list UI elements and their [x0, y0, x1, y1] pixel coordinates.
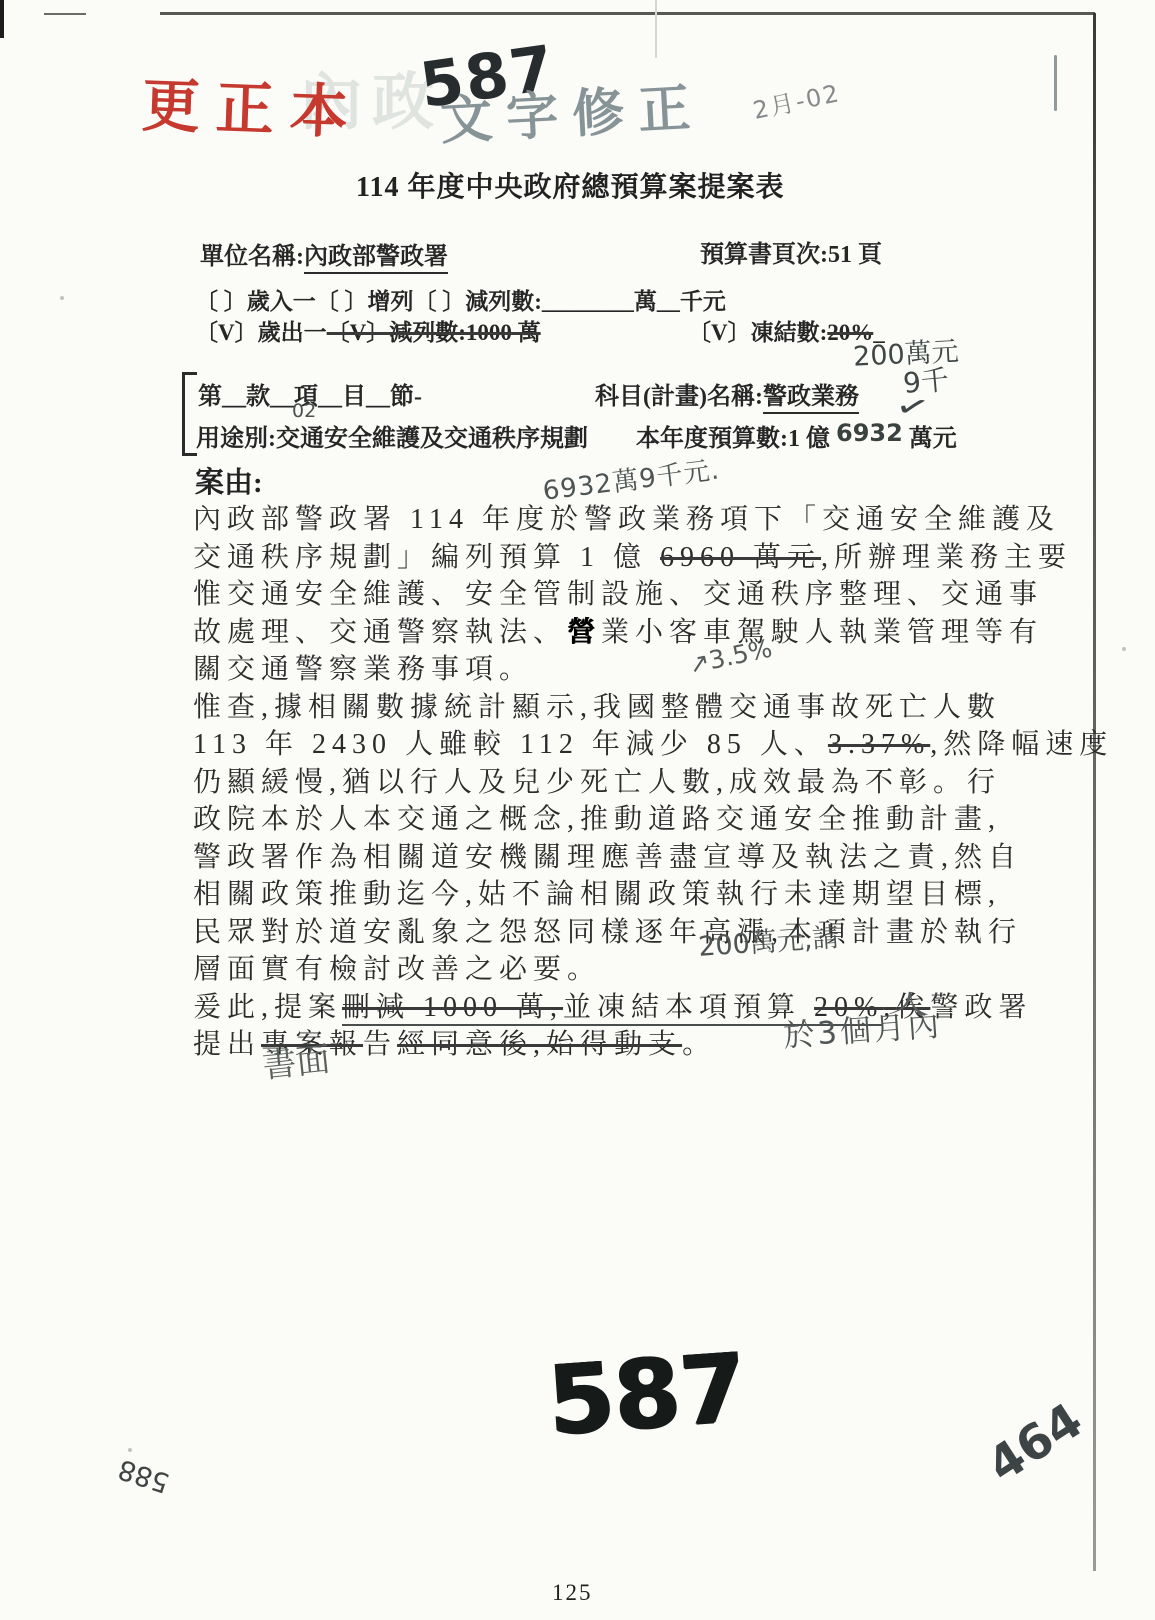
text-segment: 〔V〕歲出一 — [195, 320, 327, 345]
section-bracket — [182, 372, 197, 456]
fold-mark — [655, 0, 657, 58]
scan-edge-top-segment — [44, 13, 86, 15]
text-segment: 〔V〕凍結數: — [688, 320, 827, 345]
handwritten-corner-number: 464 — [978, 1392, 1093, 1494]
text-segment: 113 年 2430 人雖較 112 年減少 85 人、 — [193, 729, 828, 760]
text-segment: 警政署 — [930, 992, 1032, 1023]
case-line: 關交通警察業務事項。 — [193, 647, 983, 685]
text-segment: 相關政策推動迄今,姑不論相關政策執行未達期望目標, — [193, 879, 1001, 910]
usage-type-row: 用途別:交通安全維護及交通秩序規劃 — [196, 418, 588, 453]
handwritten-doc-number-bottom: 587 — [544, 1333, 750, 1457]
document-title: 114 年度中央政府總預算案提案表 — [356, 165, 784, 205]
case-line: 故處理、交通警察執法、營業小客車駕駛人執業管理等有 — [193, 610, 983, 648]
usage-type-value: 交通安全維護及交通秩序規劃 — [276, 426, 588, 452]
subject-name-value: 警政業務 — [763, 384, 859, 414]
scan-speck — [60, 296, 64, 300]
case-line: 仍顯緩慢,猶以行人及兒少死亡人數,成效最為不彰。行 — [193, 760, 983, 798]
expense-row: 〔V〕歲出一〔V〕減列數:1000 萬 — [195, 314, 541, 347]
text-segment: 6960 萬元 — [660, 542, 821, 573]
page-number: 125 — [552, 1580, 593, 1606]
text-segment: 惟查,據相關數據統計顯示,我國整體交通事故死亡人數 — [193, 692, 1001, 723]
text-segment: 3.37% — [828, 729, 930, 760]
text-segment: ,然降幅速度 — [930, 729, 1113, 760]
handwritten-small-number: 588 — [114, 1453, 173, 1498]
scan-edge-top-line — [160, 12, 1095, 15]
text-segment: 刪減 1000 萬, — [342, 992, 563, 1026]
budget-book-page-label: 預算書頁次: — [700, 242, 828, 268]
text-segment: 並凍結本項預算 — [563, 992, 814, 1026]
usage-type-label: 用途別: — [196, 426, 276, 452]
text-segment: 政院本於人本交通之概念,推動道路交通安全推動計畫, — [193, 804, 1001, 835]
text-segment: 告 — [363, 1029, 397, 1060]
subject-name-row: 科目(計畫)名稱:警政業務 — [595, 376, 859, 411]
budget-book-page-row: 預算書頁次:51 頁 — [700, 234, 882, 269]
case-line: 交通秩序規劃」編列預算 1 億 6960 萬元,所辦理業務主要 — [193, 535, 983, 573]
handwritten-date-note: 2月-02 — [749, 73, 843, 126]
scan-speck — [128, 1448, 132, 1452]
case-line: 相關政策推動迄今,姑不論相關政策執行未達期望目標, — [193, 872, 983, 910]
text-segment: 內政部警政署 114 年度於警政業務項下「交通安全維護及 — [193, 504, 1060, 535]
case-line: 惟交通安全維護、安全管制設施、交通秩序整理、交通事 — [193, 572, 983, 610]
text-segment: 民眾對於道安亂象之怨怒同樣逐年高漲,本項計畫於執行 — [193, 917, 1022, 948]
handwritten-written-report: 書面 — [260, 1032, 333, 1088]
case-line: 政院本於人本交通之概念,推動道路交通安全推動計畫, — [193, 797, 983, 835]
budget-book-page-value: 51 頁 — [828, 242, 882, 268]
scanned-document-page: 內政 更正本 587 文字修正 2月-02 114 年度中央政府總預算案提案表 … — [0, 0, 1155, 1620]
handwritten-budget-amount: 6932 — [836, 419, 903, 447]
unit-name-label: 單位名稱: — [200, 244, 304, 270]
tally-mark — [1054, 55, 1057, 111]
text-segment: 經同意後,始得動支 — [397, 1029, 682, 1060]
text-segment: 〔V〕減列數:1000 萬 — [327, 320, 541, 345]
case-line: 惟查,據相關數據統計顯示,我國整體交通事故死亡人數 — [193, 685, 983, 723]
text-segment: 。 — [682, 1029, 716, 1060]
revenue-row: 〔 〕歲入一〔 〕增列〔 〕減列數:________萬__千元 — [195, 283, 726, 316]
annual-budget-unit: 萬元 — [909, 426, 957, 452]
text-segment: ,所辦理業務主要 — [821, 542, 1072, 573]
text-segment: 層面實有檢討改善之必要。 — [193, 954, 601, 985]
text-segment: 爰此,提案 — [193, 992, 342, 1023]
text-correction-stamp: 文字修正 — [438, 65, 706, 154]
text-segment: 故處理、交通警察執法、 — [193, 617, 567, 648]
scan-edge-right-line — [1093, 13, 1096, 1571]
case-heading: 案由: — [195, 460, 263, 501]
case-line: 警政署作為相關道安機關理應善盡宣導及執法之責,然自 — [193, 835, 983, 873]
annual-budget-row: 本年度預算數:1 億 6932 萬元 — [636, 418, 957, 453]
subject-name-label: 科目(計畫)名稱: — [595, 384, 763, 410]
case-line: 層面實有檢討改善之必要。 — [193, 947, 983, 985]
text-segment: 交通秩序規劃」編列預算 1 億 — [193, 542, 660, 573]
text-segment: 業小客車駕駛人執業管理等有 — [601, 617, 1043, 648]
text-segment: 關交通警察業務事項。 — [193, 654, 533, 685]
text-segment: 惟交通安全維護、安全管制設施、交通秩序整理、交通事 — [193, 579, 1043, 610]
unit-name-value: 內政部警政署 — [304, 244, 448, 274]
annual-budget-label: 本年度預算數:1 億 — [636, 426, 830, 452]
correction-copy-stamp: 更正本 — [141, 58, 366, 150]
text-segment: 仍顯緩慢,猶以行人及兒少死亡人數,成效最為不彰。行 — [193, 767, 1001, 798]
scan-speck — [1122, 647, 1126, 651]
case-line: 內政部警政署 114 年度於警政業務項下「交通安全維護及 — [193, 497, 983, 535]
case-line: 113 年 2430 人雖較 112 年減少 85 人、3.37%,然降幅速度 — [193, 722, 983, 760]
unit-name-row: 單位名稱:內政部警政署 — [200, 236, 448, 271]
case-body: 內政部警政署 114 年度於警政業務項下「交通安全維護及 交通秩序規劃」編列預算… — [193, 497, 983, 1060]
case-line: 民眾對於道安亂象之怨怒同樣逐年高漲,本項計畫於執行 — [193, 910, 983, 948]
text-segment: 提出 — [193, 1029, 261, 1060]
text-segment: 警政署作為相關道安機關理應善盡宣導及執法之責,然自 — [193, 842, 1022, 873]
scan-edge-left — [0, 0, 4, 38]
text-segment: 營 — [567, 617, 601, 648]
